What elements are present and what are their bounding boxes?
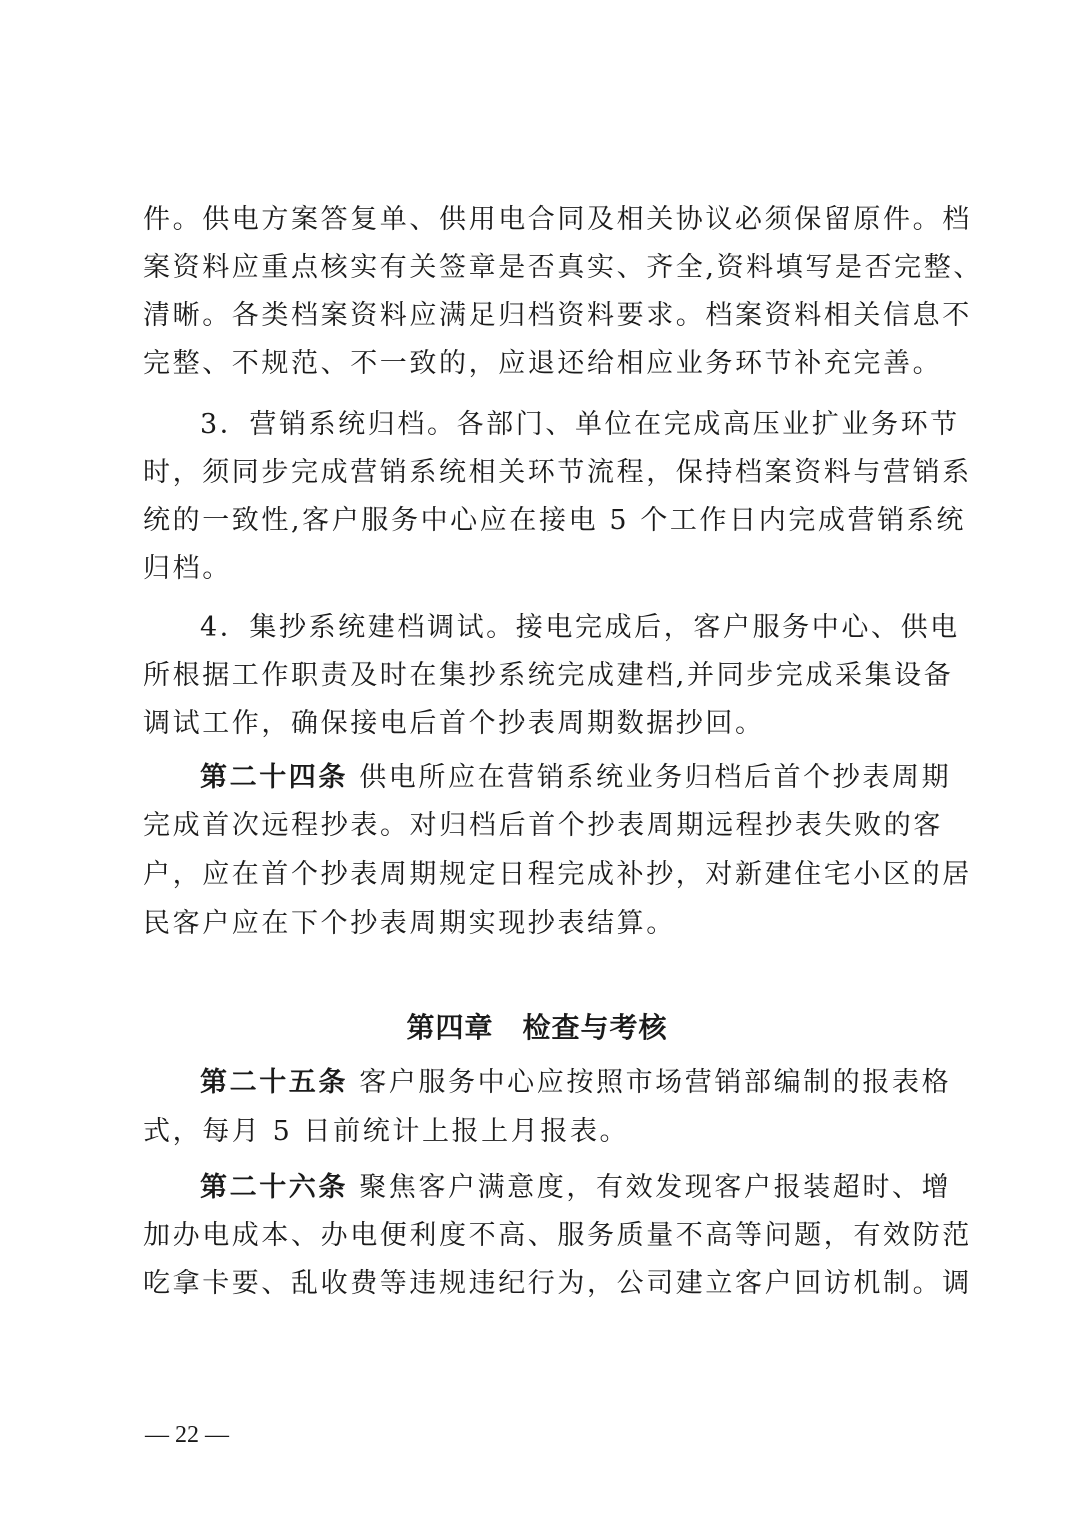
page-number: — 22 — bbox=[145, 1420, 229, 1450]
item-3-line: 3．营销系统归档。各部门、单位在完成高压业扩业务环节 bbox=[200, 405, 943, 445]
document-page: 件。供电方案答复单、供用电合同及相关协议必须保留原件。档 案资料应重点核实有关签… bbox=[0, 0, 1074, 1520]
article-26-first-line: 第二十六条 聚焦客户满意度，有效发现客户报装超时、增 bbox=[200, 1168, 943, 1208]
article-25-line: 式，每月 5 日前统计上报上月报表。 bbox=[143, 1112, 943, 1152]
article-26-line: 加办电成本、办电便利度不高、服务质量不高等问题，有效防范 bbox=[143, 1216, 943, 1256]
article-24-heading: 第二十四条 bbox=[200, 762, 348, 793]
article-25-first-line: 第二十五条 客户服务中心应按照市场营销部编制的报表格 bbox=[200, 1063, 943, 1103]
paragraph-line: 案资料应重点核实有关签章是否真实、齐全,资料填写是否完整、 bbox=[143, 248, 943, 288]
item-3-line: 时，须同步完成营销系统相关环节流程，保持档案资料与营销系 bbox=[143, 453, 943, 493]
paragraph-line: 件。供电方案答复单、供用电合同及相关协议必须保留原件。档 bbox=[143, 200, 943, 240]
item-3-line: 统的一致性,客户服务中心应在接电 5 个工作日内完成营销系统 bbox=[143, 501, 943, 541]
article-25-text: 客户服务中心应按照市场营销部编制的报表格 bbox=[359, 1067, 951, 1098]
article-26-text: 聚焦客户满意度，有效发现客户报装超时、增 bbox=[359, 1172, 951, 1203]
item-3-line: 归档。 bbox=[143, 549, 943, 589]
paragraph-line: 完整、不规范、不一致的，应退还给相应业务环节补充完善。 bbox=[143, 344, 943, 384]
article-24-line: 完成首次远程抄表。对归档后首个抄表周期远程抄表失败的客 bbox=[143, 806, 943, 846]
chapter-heading: 第四章 检查与考核 bbox=[0, 1008, 1074, 1048]
article-24-text: 供电所应在营销系统业务归档后首个抄表周期 bbox=[359, 762, 951, 793]
article-24-line: 户，应在首个抄表周期规定日程完成补抄，对新建住宅小区的居 bbox=[143, 855, 943, 895]
item-4-line: 4．集抄系统建档调试。接电完成后，客户服务中心、供电 bbox=[200, 608, 943, 648]
article-25-heading: 第二十五条 bbox=[200, 1067, 348, 1098]
article-26-heading: 第二十六条 bbox=[200, 1172, 348, 1203]
paragraph-line: 清晰。各类档案资料应满足归档资料要求。档案资料相关信息不 bbox=[143, 296, 943, 336]
article-24-line: 民客户应在下个抄表周期实现抄表结算。 bbox=[143, 904, 943, 944]
item-4-line: 所根据工作职责及时在集抄系统完成建档,并同步完成采集设备 bbox=[143, 656, 943, 696]
article-24-first-line: 第二十四条 供电所应在营销系统业务归档后首个抄表周期 bbox=[200, 758, 943, 798]
article-26-line: 吃拿卡要、乱收费等违规违纪行为，公司建立客户回访机制。调 bbox=[143, 1264, 943, 1304]
item-4-line: 调试工作，确保接电后首个抄表周期数据抄回。 bbox=[143, 704, 943, 744]
